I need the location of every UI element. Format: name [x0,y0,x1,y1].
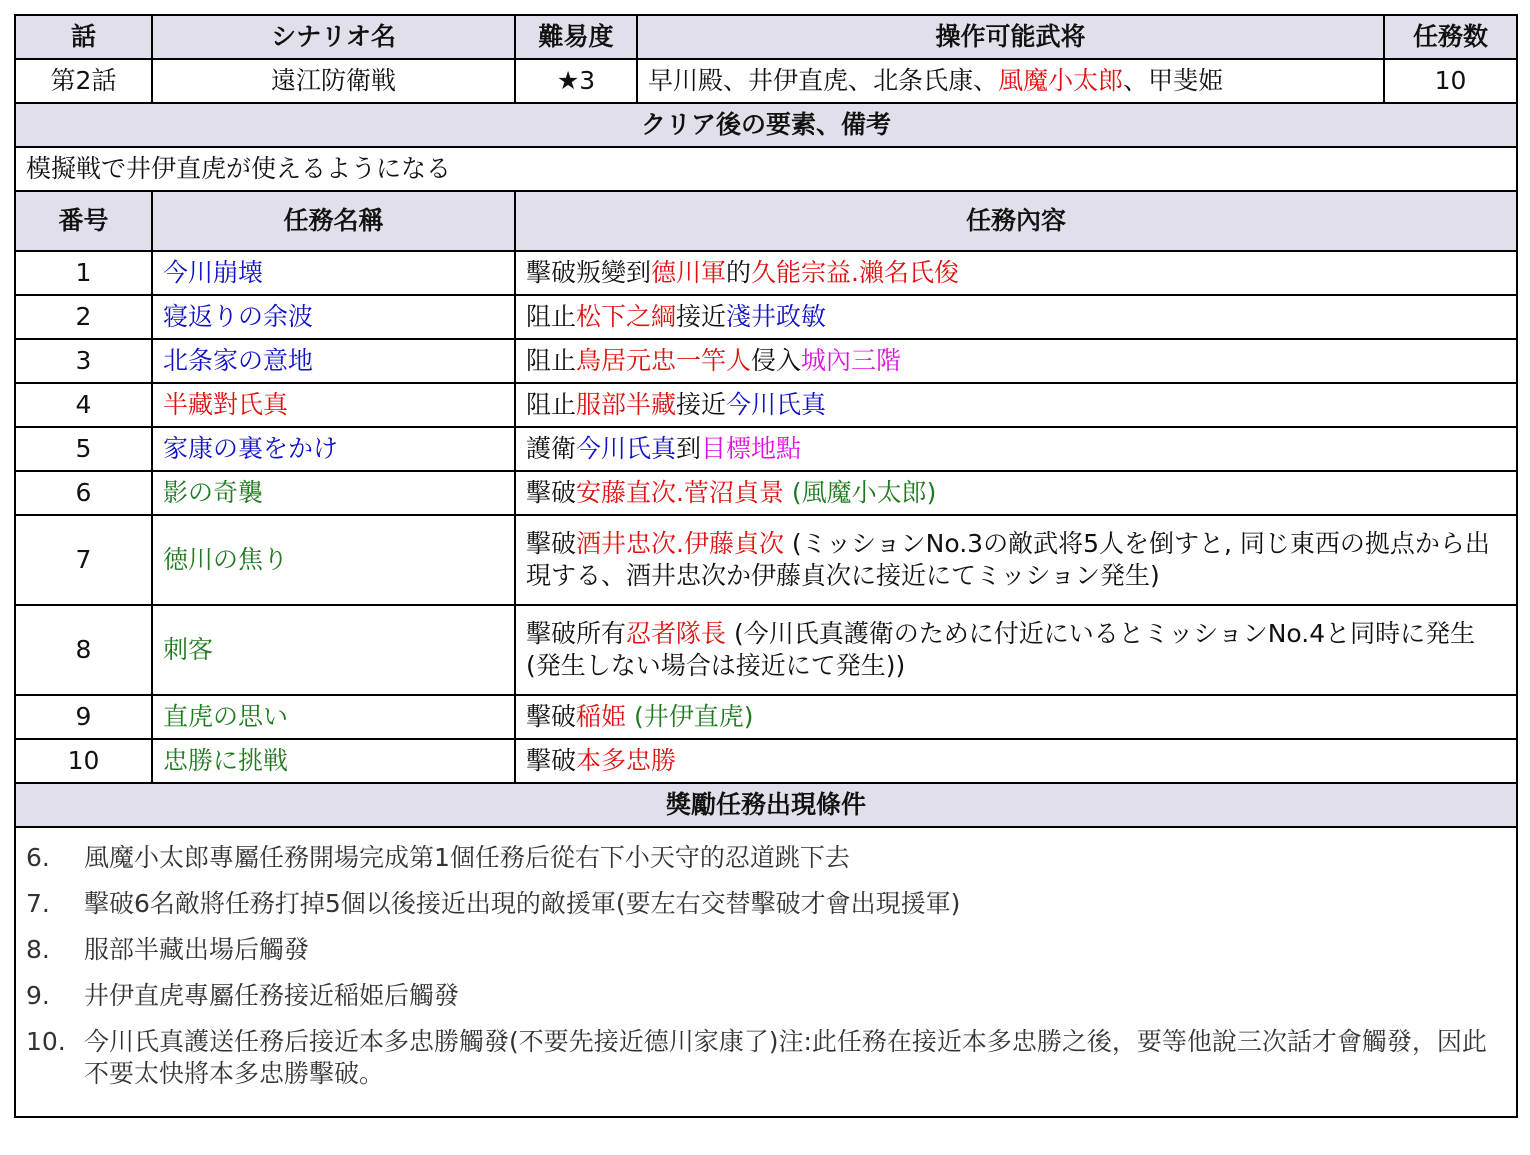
reward-condition-item: 7.擊破6名敵將任務打掉5個以後接近出現的敵援軍(要左右交替擊破才會出現援軍) [26,888,1506,920]
header-scenario-name: シナリオ名 [152,15,515,59]
mission-content: 擊破本多忠勝 [515,739,1517,783]
reward-conditions-list: 6.風魔小太郎專屬任務開場完成第1個任務后從右下小天守的忍道跳下去7.擊破6名敵… [15,827,1517,1117]
text-segment: 阻止 [526,390,576,419]
mission-row: 4 半藏對氏真 阻止服部半藏接近今川氏真 [15,383,1517,427]
reward-condition-item: 10.今川氏真護送任務后接近本多忠勝觸發(不要先接近德川家康了)注:此任務在接近… [26,1026,1506,1090]
mission-row: 6 影の奇襲 擊破安藤直次.菅沼貞景 (風魔小太郎) [15,471,1517,515]
text-segment: 今川氏真 [726,390,826,419]
reward-condition-number: 8. [26,934,84,966]
mission-name: 半藏對氏真 [152,383,515,427]
header-number: 番号 [15,191,152,251]
mission-number: 1 [15,251,152,295]
mission-name: 影の奇襲 [152,471,515,515]
reward-condition-number: 7. [26,888,84,920]
mission-row: 9 直虎の思い 擊破稲姫 (井伊直虎) [15,695,1517,739]
text-segment: 城內三階 [801,346,901,375]
episode-cell: 第2話 [15,59,152,103]
text-segment: 久能宗益.瀨名氏俊 [751,258,959,287]
mission-row: 8 刺客 擊破所有忍者隊長 (今川氏真護衛のために付近にいるとミッションNo.4… [15,605,1517,695]
text-segment: (風魔小太郎) [784,478,936,507]
mission-name: 寝返りの余波 [152,295,515,339]
text-segment: 安藤直次.菅沼貞景 [576,478,784,507]
reward-condition-text: 風魔小太郎專屬任務開場完成第1個任務后從右下小天守的忍道跳下去 [84,842,1506,874]
reward-condition-number: 10. [26,1026,84,1090]
after-clear-text: 模擬戦で井伊直虎が使えるようになる [15,147,1517,191]
text-segment: 忍者隊長 [626,619,726,648]
reward-conditions-header: 獎勵任務出現條件 [15,783,1517,827]
text-segment: 到 [676,434,701,463]
text-segment: 接近 [676,390,726,419]
text-segment: (井伊直虎) [626,702,753,731]
text-segment: 、 [848,66,873,95]
text-segment: 風魔小太郎 [998,66,1123,95]
text-segment: 、 [723,66,748,95]
mission-content: 擊破安藤直次.菅沼貞景 (風魔小太郎) [515,471,1517,515]
text-segment: 目標地點 [701,434,801,463]
mission-name: 今川崩壊 [152,251,515,295]
text-segment: 接近 [676,302,726,331]
reward-condition-item: 8.服部半藏出場后觸發 [26,934,1506,966]
text-segment: 擊破 [526,478,576,507]
mission-name: 忠勝に挑戦 [152,739,515,783]
after-clear-header-row: クリア後の要素、備考 [15,103,1517,147]
mission-number: 7 [15,515,152,605]
text-segment: 今川氏真 [576,434,676,463]
mission-name: 家康の裏をかけ [152,427,515,471]
mission-name: 直虎の思い [152,695,515,739]
header-mission-content: 任務內容 [515,191,1517,251]
header-playable-generals: 操作可能武将 [637,15,1384,59]
mission-number: 3 [15,339,152,383]
mission-number: 5 [15,427,152,471]
mission-row: 7 徳川の焦り 擊破酒井忠次.伊藤貞次 (ミッションNo.3の敵武将5人を倒すと… [15,515,1517,605]
mission-number: 9 [15,695,152,739]
difficulty-cell: ★3 [515,59,637,103]
mission-content: 阻止松下之綱接近淺井政敏 [515,295,1517,339]
text-segment: 鳥居元忠一竿人 [576,346,751,375]
text-segment: 、 [1123,66,1148,95]
reward-condition-item: 9.井伊直虎專屬任務接近稲姫后觸發 [26,980,1506,1012]
reward-condition-number: 6. [26,842,84,874]
mission-row: 5 家康の裏をかけ 護衛今川氏真到目標地點 [15,427,1517,471]
header-difficulty: 難易度 [515,15,637,59]
mission-row: 2 寝返りの余波 阻止松下之綱接近淺井政敏 [15,295,1517,339]
mission-name: 徳川の焦り [152,515,515,605]
text-segment: 擊破 [526,702,576,731]
reward-condition-text: 井伊直虎專屬任務接近稲姫后觸發 [84,980,1506,1012]
text-segment: 阻止 [526,346,576,375]
reward-conditions-row: 6.風魔小太郎專屬任務開場完成第1個任務后從右下小天守的忍道跳下去7.擊破6名敵… [15,827,1517,1117]
header-episode: 話 [15,15,152,59]
mission-number: 2 [15,295,152,339]
text-segment: 阻止 [526,302,576,331]
text-segment: 德川軍 [651,258,726,287]
mission-content: 阻止服部半藏接近今川氏真 [515,383,1517,427]
reward-condition-text: 服部半藏出場后觸發 [84,934,1506,966]
header-mission-name: 任務名稱 [152,191,515,251]
mission-name: 北条家の意地 [152,339,515,383]
mission-row: 1 今川崩壊 擊破叛變到德川軍的久能宗益.瀨名氏俊 [15,251,1517,295]
reward-condition-item: 6.風魔小太郎專屬任務開場完成第1個任務后從右下小天守的忍道跳下去 [26,842,1506,874]
mission-table: 話 シナリオ名 難易度 操作可能武将 任務数 第2話 遠江防衛戦 ★3 早川殿、… [14,14,1518,1118]
after-clear-header: クリア後の要素、備考 [15,103,1517,147]
text-segment: 北条氏康 [873,66,973,95]
text-segment: 井伊直虎 [748,66,848,95]
reward-condition-text: 今川氏真護送任務后接近本多忠勝觸發(不要先接近德川家康了)注:此任務在接近本多忠… [84,1026,1506,1090]
reward-condition-text: 擊破6名敵將任務打掉5個以後接近出現的敵援軍(要左右交替擊破才會出現援軍) [84,888,1506,920]
text-segment: 擊破所有 [526,619,626,648]
text-segment: 擊破 [526,746,576,775]
mission-name: 刺客 [152,605,515,695]
text-segment: 護衛 [526,434,576,463]
mission-number: 10 [15,739,152,783]
mission-count-cell: 10 [1384,59,1517,103]
reward-condition-number: 9. [26,980,84,1012]
mission-content: 擊破稲姫 (井伊直虎) [515,695,1517,739]
scenario-name-cell: 遠江防衛戦 [152,59,515,103]
mission-content: 擊破酒井忠次.伊藤貞次 (ミッションNo.3の敵武将5人を倒すと, 同じ東西の拠… [515,515,1517,605]
mission-number: 6 [15,471,152,515]
mission-number: 4 [15,383,152,427]
mission-content: 護衛今川氏真到目標地點 [515,427,1517,471]
header-mission-count: 任務数 [1384,15,1517,59]
text-segment: 侵入 [751,346,801,375]
scenario-row: 第2話 遠江防衛戦 ★3 早川殿、井伊直虎、北条氏康、風魔小太郎、甲斐姫 10 [15,59,1517,103]
reward-header-row: 獎勵任務出現條件 [15,783,1517,827]
playable-generals-cell: 早川殿、井伊直虎、北条氏康、風魔小太郎、甲斐姫 [637,59,1384,103]
text-segment: 的 [726,258,751,287]
scenario-header-row: 話 シナリオ名 難易度 操作可能武将 任務数 [15,15,1517,59]
mission-content: 阻止鳥居元忠一竿人侵入城內三階 [515,339,1517,383]
missions-header-row: 番号 任務名稱 任務內容 [15,191,1517,251]
mission-content: 擊破所有忍者隊長 (今川氏真護衛のために付近にいるとミッションNo.4と同時に発… [515,605,1517,695]
mission-number: 8 [15,605,152,695]
text-segment: 淺井政敏 [726,302,826,331]
mission-content: 擊破叛變到德川軍的久能宗益.瀨名氏俊 [515,251,1517,295]
text-segment: 、 [973,66,998,95]
text-segment: 早川殿 [648,66,723,95]
mission-rows: 1 今川崩壊 擊破叛變到德川軍的久能宗益.瀨名氏俊 2 寝返りの余波 阻止松下之… [15,251,1517,783]
text-segment: 松下之綱 [576,302,676,331]
text-segment: 擊破叛變到 [526,258,651,287]
text-segment: 本多忠勝 [576,746,676,775]
text-segment: 甲斐姫 [1148,66,1223,95]
mission-row: 3 北条家の意地 阻止鳥居元忠一竿人侵入城內三階 [15,339,1517,383]
text-segment: 稲姫 [576,702,626,731]
mission-row: 10 忠勝に挑戦 擊破本多忠勝 [15,739,1517,783]
text-segment: 酒井忠次.伊藤貞次 [576,529,784,558]
after-clear-row: 模擬戦で井伊直虎が使えるようになる [15,147,1517,191]
text-segment: 擊破 [526,529,576,558]
text-segment: 服部半藏 [576,390,676,419]
